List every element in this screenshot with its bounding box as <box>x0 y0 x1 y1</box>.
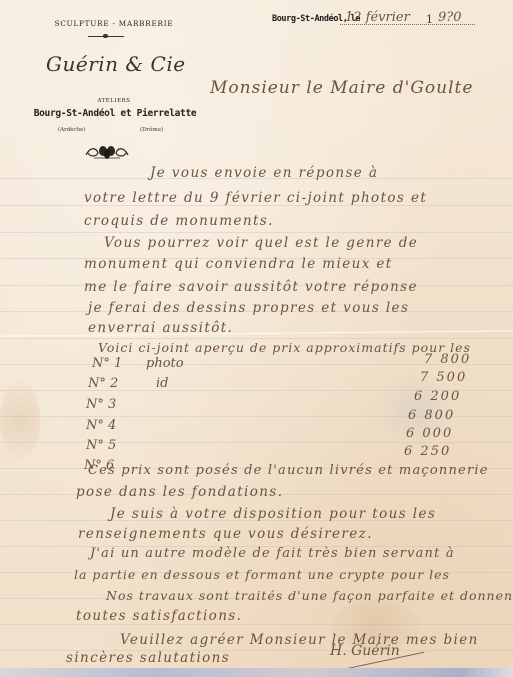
dateline-handwritten-date: 12 février <box>345 10 410 25</box>
body-line: votre lettre du 9 février ci-joint photo… <box>84 190 427 206</box>
body-line: je ferai des dessins propres et vous les <box>88 300 409 316</box>
letterhead-trade: SCULPTURE - MARBRERIE <box>44 19 184 28</box>
price-item-value: 7 800 <box>424 352 471 367</box>
fold-crease <box>0 330 513 336</box>
price-item-note: id <box>156 376 168 391</box>
body-line: Je vous envoie en réponse à <box>150 165 378 181</box>
floral-ornament-icon <box>84 143 130 161</box>
ruled-line <box>0 624 513 625</box>
body-line: enverrai aussitôt. <box>88 320 233 336</box>
price-item-number: N° 4 <box>86 418 116 433</box>
body-line: renseignements que vous désirerez. <box>78 526 373 542</box>
body-line: me le faire savoir aussitôt votre répons… <box>84 279 418 295</box>
body-line: Ces prix sont posés de l'aucun livrés et… <box>88 463 489 478</box>
scan-bottom-edge <box>0 668 513 677</box>
body-line: Je suis à votre disposition pour tous le… <box>110 506 436 522</box>
body-line: toutes satisfactions. <box>76 608 242 624</box>
dateline-place: Bourg-St-Andéol, <box>272 14 347 24</box>
ruled-line <box>0 232 513 233</box>
body-line: Veuillez agréer Monsieur le Maire mes bi… <box>120 632 479 648</box>
body-line: Voici ci-joint aperçu de prix approximat… <box>98 340 471 355</box>
price-item-value: 6 800 <box>408 408 455 423</box>
dateline-year-hand: 9?0 <box>438 10 462 25</box>
price-item-number: N° 5 <box>86 438 116 453</box>
price-item-number: N° 3 <box>86 397 116 412</box>
price-item-value: 6 200 <box>414 389 461 404</box>
letterhead-company: Guérin & Cie <box>44 52 186 76</box>
body-line: Nos travaux sont traités d'une façon par… <box>106 588 513 603</box>
body-line: J'ai un autre modèle de fait très bien s… <box>90 546 455 561</box>
letterhead-places: Bourg-St-Andéol et Pierrelatte <box>30 108 200 119</box>
ruled-line <box>0 338 513 339</box>
letter-paper: SCULPTURE - MARBRERIE Guérin & Cie ATELI… <box>0 0 513 670</box>
paper-stain <box>0 380 40 460</box>
body-line: croquis de monuments. <box>84 213 274 229</box>
salutation: Monsieur le Maire d'Goulte <box>210 78 473 98</box>
body-line: Vous pourrez voir quel est le genre de <box>104 235 418 251</box>
price-item-value: 6 000 <box>406 426 453 441</box>
signature: H. Guérin <box>330 643 400 659</box>
letterhead-ateliers: ATELIERS <box>44 98 184 104</box>
body-line: pose dans les fondations. <box>76 484 283 500</box>
price-item-value: 7 500 <box>420 370 467 385</box>
letterhead-dept-drome: (Drôme) <box>140 127 163 133</box>
price-item-number: N° 1 <box>92 356 122 371</box>
letterhead-rule-ornament <box>103 34 108 38</box>
body-line: la partie en dessous et formant une cryp… <box>74 567 450 582</box>
price-item-number: N° 2 <box>88 376 118 391</box>
letterhead-dept-ardeche: (Ardèche) <box>58 127 86 133</box>
body-line: monument qui conviendra le mieux et <box>84 256 393 272</box>
dateline-year-prefix: 1 <box>426 13 433 26</box>
price-item-value: 6 250 <box>404 444 451 459</box>
price-item-note: photo <box>146 356 184 371</box>
body-line: sincères salutations <box>66 650 230 666</box>
